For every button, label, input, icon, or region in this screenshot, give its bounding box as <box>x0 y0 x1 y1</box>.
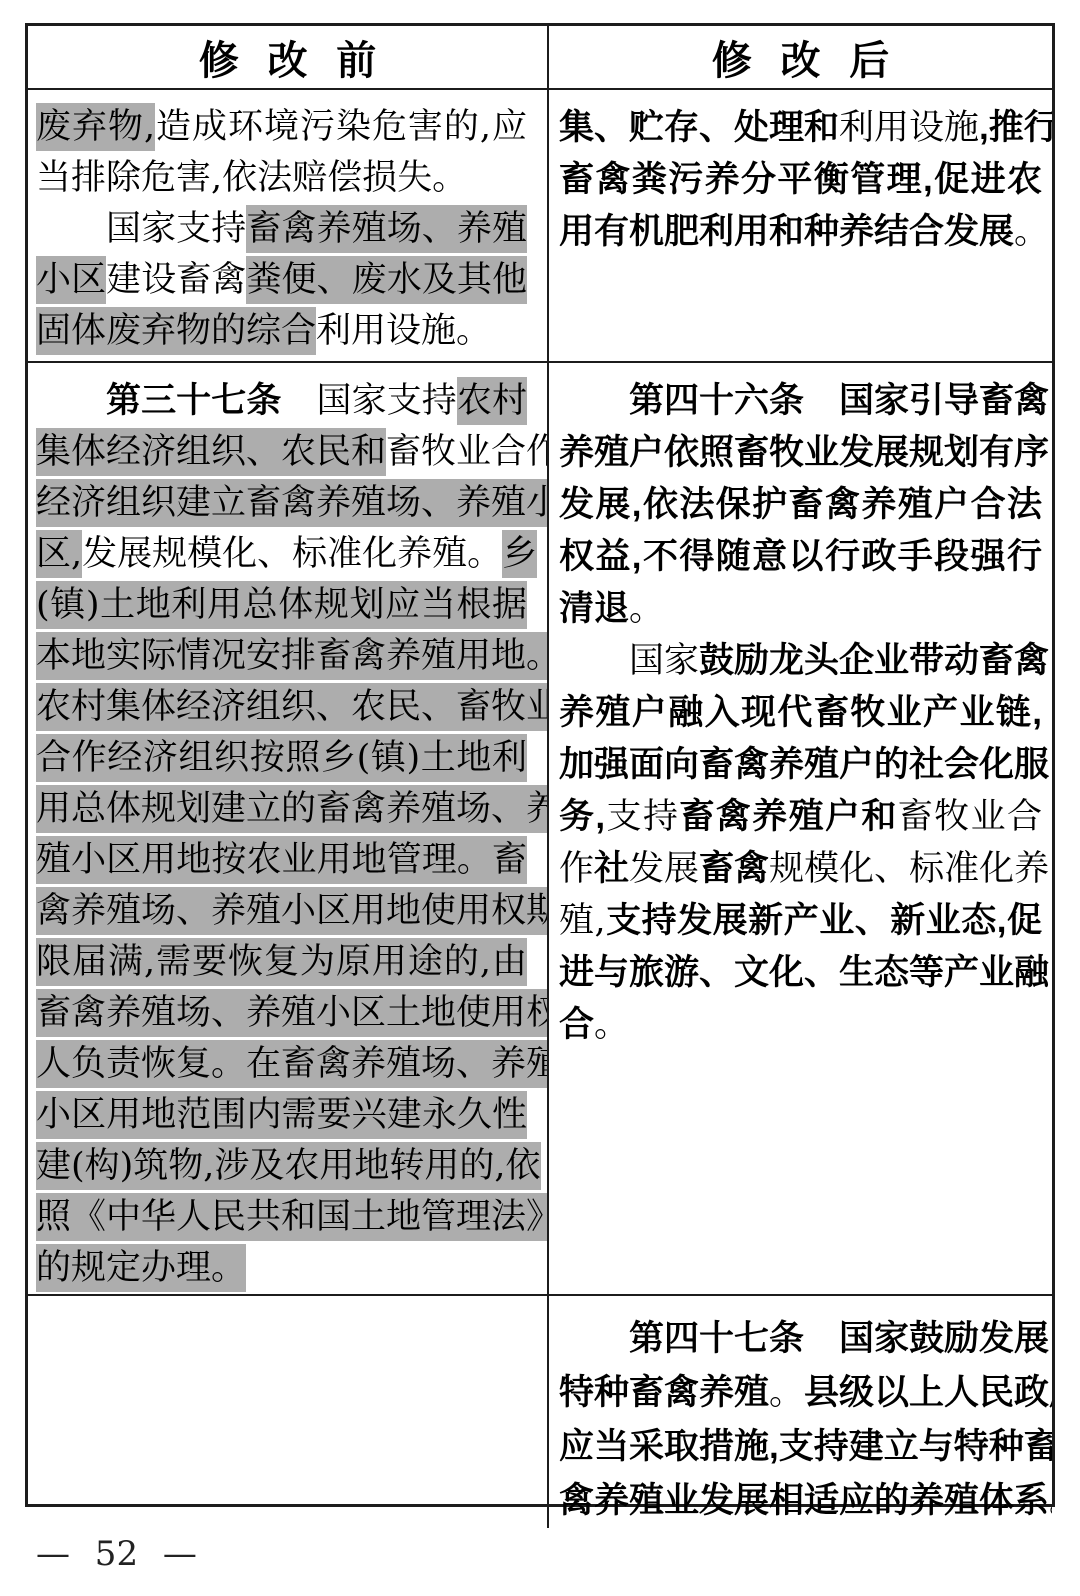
text-segment: 畜牧业合 <box>898 797 1042 837</box>
text-segment: 殖, <box>559 901 606 941</box>
text-line: 禽养殖场、养殖小区用地使用权期 <box>36 886 527 937</box>
text-segment: 进与旅游、文化、生态等产业融 <box>559 953 1049 992</box>
text-line: 用有机肥利用和种养结合发展。 <box>559 206 1042 258</box>
cell-after: 集、贮存、处理和利用设施,推行畜禽粪污养分平衡管理,促进农用有机肥利用和种养结合… <box>549 90 1052 361</box>
text-segment: 加强面向畜禽养殖户的社会化服 <box>559 745 1049 784</box>
text-line: 国家鼓励龙头企业带动畜禽 <box>559 635 1042 687</box>
text-line: 废弃物,造成环境污染危害的,应 <box>36 102 527 153</box>
text-line: 殖,支持发展新产业、新业态,促 <box>559 895 1042 947</box>
text-segment: 第四十七条 国家鼓励发展 <box>629 1319 1049 1358</box>
highlighted-segment: (镇)土地利用总体规划应当根据 <box>36 581 527 629</box>
cell-after: 第四十七条 国家鼓励发展特种畜禽养殖。县级以上人民政府应当采取措施,支持建立与特… <box>549 1296 1052 1528</box>
highlighted-segment: 限届满,需要恢复为原用途的,由 <box>36 938 527 986</box>
text-line: 加强面向畜禽养殖户的社会化服 <box>559 739 1042 791</box>
text-line: 限届满,需要恢复为原用途的,由 <box>36 937 527 988</box>
text-segment: 第三十七条 <box>106 381 281 420</box>
highlighted-segment: 集体经济组织、农民和 <box>36 428 386 476</box>
text-line: 务,支持畜禽养殖户和畜牧业合 <box>559 791 1042 843</box>
text-segment: 畜牧业合作 <box>386 432 549 472</box>
text-segment: 。 <box>1049 1481 1052 1521</box>
text-segment: 县级以上人民政府 <box>804 1373 1052 1412</box>
highlighted-segment: 禽养殖场、养殖小区用地使用权期 <box>36 887 549 935</box>
text-line: 国家支持畜禽养殖场、养殖 <box>36 204 527 255</box>
text-segment: 第四十六条 国家引导畜禽 <box>629 381 1049 420</box>
revision-comparison-table: 修改前 修改后 废弃物,造成环境污染危害的,应当排除危害,依法赔偿损失。国家支持… <box>25 23 1055 1507</box>
cell-before: 第三十七条 国家支持农村集体经济组织、农民和畜牧业合作经济组织建立畜禽养殖场、养… <box>28 363 549 1294</box>
table-body: 废弃物,造成环境污染危害的,应当排除危害,依法赔偿损失。国家支持畜禽养殖场、养殖… <box>28 90 1052 1528</box>
text-segment: 畜禽 <box>699 849 769 888</box>
text-segment: 务, <box>559 797 605 836</box>
highlighted-segment: 农村集体经济组织、农民、畜牧业 <box>36 683 549 731</box>
text-segment: 规模化、标准化养 <box>769 849 1049 889</box>
text-line: 本地实际情况安排畜禽养殖用地。 <box>36 631 527 682</box>
highlighted-segment: 小区用地范围内需要兴建永久性 <box>36 1091 527 1139</box>
text-line: 殖小区用地按农业用地管理。畜 <box>36 835 527 886</box>
text-segment: 用有机肥利用和种养结合发展 <box>559 212 1014 251</box>
text-line: 照《中华人民共和国土地管理法》 <box>36 1192 527 1243</box>
text-line: 第四十六条 国家引导畜禽 <box>559 375 1042 427</box>
page-number: — 52 — <box>36 1534 197 1574</box>
highlighted-segment: 合作经济组织按照乡(镇)土地利 <box>36 734 527 782</box>
text-line: 养殖户融入现代畜牧业产业链, <box>559 687 1042 739</box>
highlighted-segment: 的规定办理。 <box>36 1244 246 1292</box>
highlighted-segment: 殖小区用地按农业用地管理。畜 <box>36 836 527 884</box>
highlighted-segment: 用总体规划建立的畜禽养殖场、养 <box>36 785 549 833</box>
highlighted-segment: 区, <box>36 530 82 578</box>
text-segment: 鼓励龙头企业带动畜禽 <box>699 641 1049 680</box>
text-line: 人负责恢复。在畜禽养殖场、养殖 <box>36 1039 527 1090</box>
cell-after: 第四十六条 国家引导畜禽养殖户依照畜牧业发展规划有序发展,依法保护畜禽养殖户合法… <box>549 363 1052 1294</box>
text-segment: 集、贮存、处理和 <box>559 108 839 147</box>
text-segment: 权益,不得随意以行政手段强行 <box>559 537 1042 576</box>
text-line: 应当采取措施,支持建立与特种畜 <box>559 1420 1042 1474</box>
text-line: 特种畜禽养殖。县级以上人民政府 <box>559 1366 1042 1420</box>
text-segment: 国家 <box>629 641 699 681</box>
cell-before <box>28 1296 549 1528</box>
text-segment: 。 <box>594 1005 629 1045</box>
text-line: 畜禽粪污养分平衡管理,促进农 <box>559 154 1042 206</box>
text-line: 小区建设畜禽粪便、废水及其他 <box>36 255 527 306</box>
text-line: 建(构)筑物,涉及农用地转用的,依 <box>36 1141 527 1192</box>
text-segment: 造成环境污染危害的,应 <box>155 107 527 147</box>
text-line: 第三十七条 国家支持农村 <box>36 375 527 427</box>
highlighted-segment: 照《中华人民共和国土地管理法》 <box>36 1193 549 1241</box>
text-segment: 。 <box>769 1373 804 1413</box>
highlighted-segment: 粪便、废水及其他 <box>246 256 527 304</box>
text-segment: 畜禽粪污养分平衡管理,促进农 <box>559 160 1042 199</box>
text-line: 农村集体经济组织、农民、畜牧业 <box>36 682 527 733</box>
text-segment: 建设畜禽 <box>106 260 246 300</box>
text-line: 经济组织建立畜禽养殖场、养殖小 <box>36 478 527 529</box>
text-segment: 养殖户依照畜牧业发展规划有序 <box>559 433 1049 472</box>
text-line: 用总体规划建立的畜禽养殖场、养 <box>36 784 527 835</box>
text-segment: 国家支持 <box>281 381 456 421</box>
text-line: 作社发展畜禽规模化、标准化养 <box>559 843 1042 895</box>
highlighted-segment: 建(构)筑物,涉及农用地转用的,依 <box>36 1142 541 1190</box>
text-segment: 社 <box>594 849 629 888</box>
text-line: 集体经济组织、农民和畜牧业合作 <box>36 427 527 478</box>
text-line: 权益,不得随意以行政手段强行 <box>559 531 1042 583</box>
text-segment: 禽养殖业发展相适应的养殖体系 <box>559 1481 1049 1520</box>
table-row: 废弃物,造成环境污染危害的,应当排除危害,依法赔偿损失。国家支持畜禽养殖场、养殖… <box>28 90 1052 363</box>
text-line: 养殖户依照畜牧业发展规划有序 <box>559 427 1042 479</box>
text-segment: 合 <box>559 1005 594 1044</box>
text-segment: ,推行 <box>979 108 1052 147</box>
text-segment: 支持发展新产业、新业态,促 <box>606 901 1042 940</box>
text-segment: 畜禽养殖户和 <box>679 797 897 836</box>
text-segment: 。 <box>629 589 664 629</box>
highlighted-segment: 人负责恢复。在畜禽养殖场、养殖 <box>36 1040 549 1088</box>
text-segment: 。 <box>1014 212 1049 252</box>
highlighted-segment: 畜禽养殖场、养殖 <box>246 205 527 253</box>
text-segment: 作 <box>559 849 594 889</box>
text-segment: 发展,依法保护畜禽养殖户合法 <box>559 485 1042 524</box>
text-segment: 应当采取措施,支持建立与特种畜 <box>559 1427 1052 1466</box>
highlighted-segment: 乡 <box>502 530 537 578</box>
text-line: 合作经济组织按照乡(镇)土地利 <box>36 733 527 784</box>
text-line: 发展,依法保护畜禽养殖户合法 <box>559 479 1042 531</box>
text-line: 清退。 <box>559 583 1042 635</box>
highlighted-segment: 经济组织建立畜禽养殖场、养殖小 <box>36 479 549 527</box>
text-segment: 利用设施。 <box>316 311 491 351</box>
text-segment: 发展规模化、标准化养殖。 <box>82 534 502 574</box>
table-row: 第四十七条 国家鼓励发展特种畜禽养殖。县级以上人民政府应当采取措施,支持建立与特… <box>28 1296 1052 1528</box>
text-line: (镇)土地利用总体规划应当根据 <box>36 580 527 631</box>
text-line: 畜禽养殖场、养殖小区土地使用权 <box>36 988 527 1039</box>
text-line: 合。 <box>559 999 1042 1051</box>
text-line: 第四十七条 国家鼓励发展 <box>559 1312 1042 1366</box>
table-header-row: 修改前 修改后 <box>28 26 1052 90</box>
text-segment: 特种畜禽养殖 <box>559 1373 769 1412</box>
text-line: 集、贮存、处理和利用设施,推行 <box>559 102 1042 154</box>
highlighted-segment: 小区 <box>36 256 106 304</box>
text-line: 禽养殖业发展相适应的养殖体系。 <box>559 1474 1042 1528</box>
text-segment: 当排除危害,依法赔偿损失。 <box>36 158 467 198</box>
table-row: 第三十七条 国家支持农村集体经济组织、农民和畜牧业合作经济组织建立畜禽养殖场、养… <box>28 363 1052 1296</box>
header-cell-before: 修改前 <box>28 26 549 88</box>
text-segment: 清退 <box>559 589 629 628</box>
text-segment: 发展 <box>629 849 699 889</box>
text-line: 区,发展规模化、标准化养殖。乡 <box>36 529 527 580</box>
text-line: 固体废弃物的综合利用设施。 <box>36 306 527 357</box>
highlighted-segment: 畜禽养殖场、养殖小区土地使用权 <box>36 989 549 1037</box>
text-line: 的规定办理。 <box>36 1243 527 1294</box>
text-line: 小区用地范围内需要兴建永久性 <box>36 1090 527 1141</box>
text-segment: 养殖户融入现代畜牧业产业链, <box>559 693 1042 732</box>
text-line: 当排除危害,依法赔偿损失。 <box>36 153 527 204</box>
highlighted-segment: 农村 <box>457 377 527 425</box>
text-segment: 国家支持 <box>106 209 246 249</box>
text-line: 进与旅游、文化、生态等产业融 <box>559 947 1042 999</box>
highlighted-segment: 本地实际情况安排畜禽养殖用地。 <box>36 632 549 680</box>
text-segment: 支持 <box>605 797 679 837</box>
cell-before: 废弃物,造成环境污染危害的,应当排除危害,依法赔偿损失。国家支持畜禽养殖场、养殖… <box>28 90 549 361</box>
text-segment: 利用设施 <box>839 108 979 148</box>
highlighted-segment: 固体废弃物的综合 <box>36 307 316 355</box>
highlighted-segment: 废弃物, <box>36 103 155 151</box>
header-cell-after: 修改后 <box>549 26 1052 88</box>
